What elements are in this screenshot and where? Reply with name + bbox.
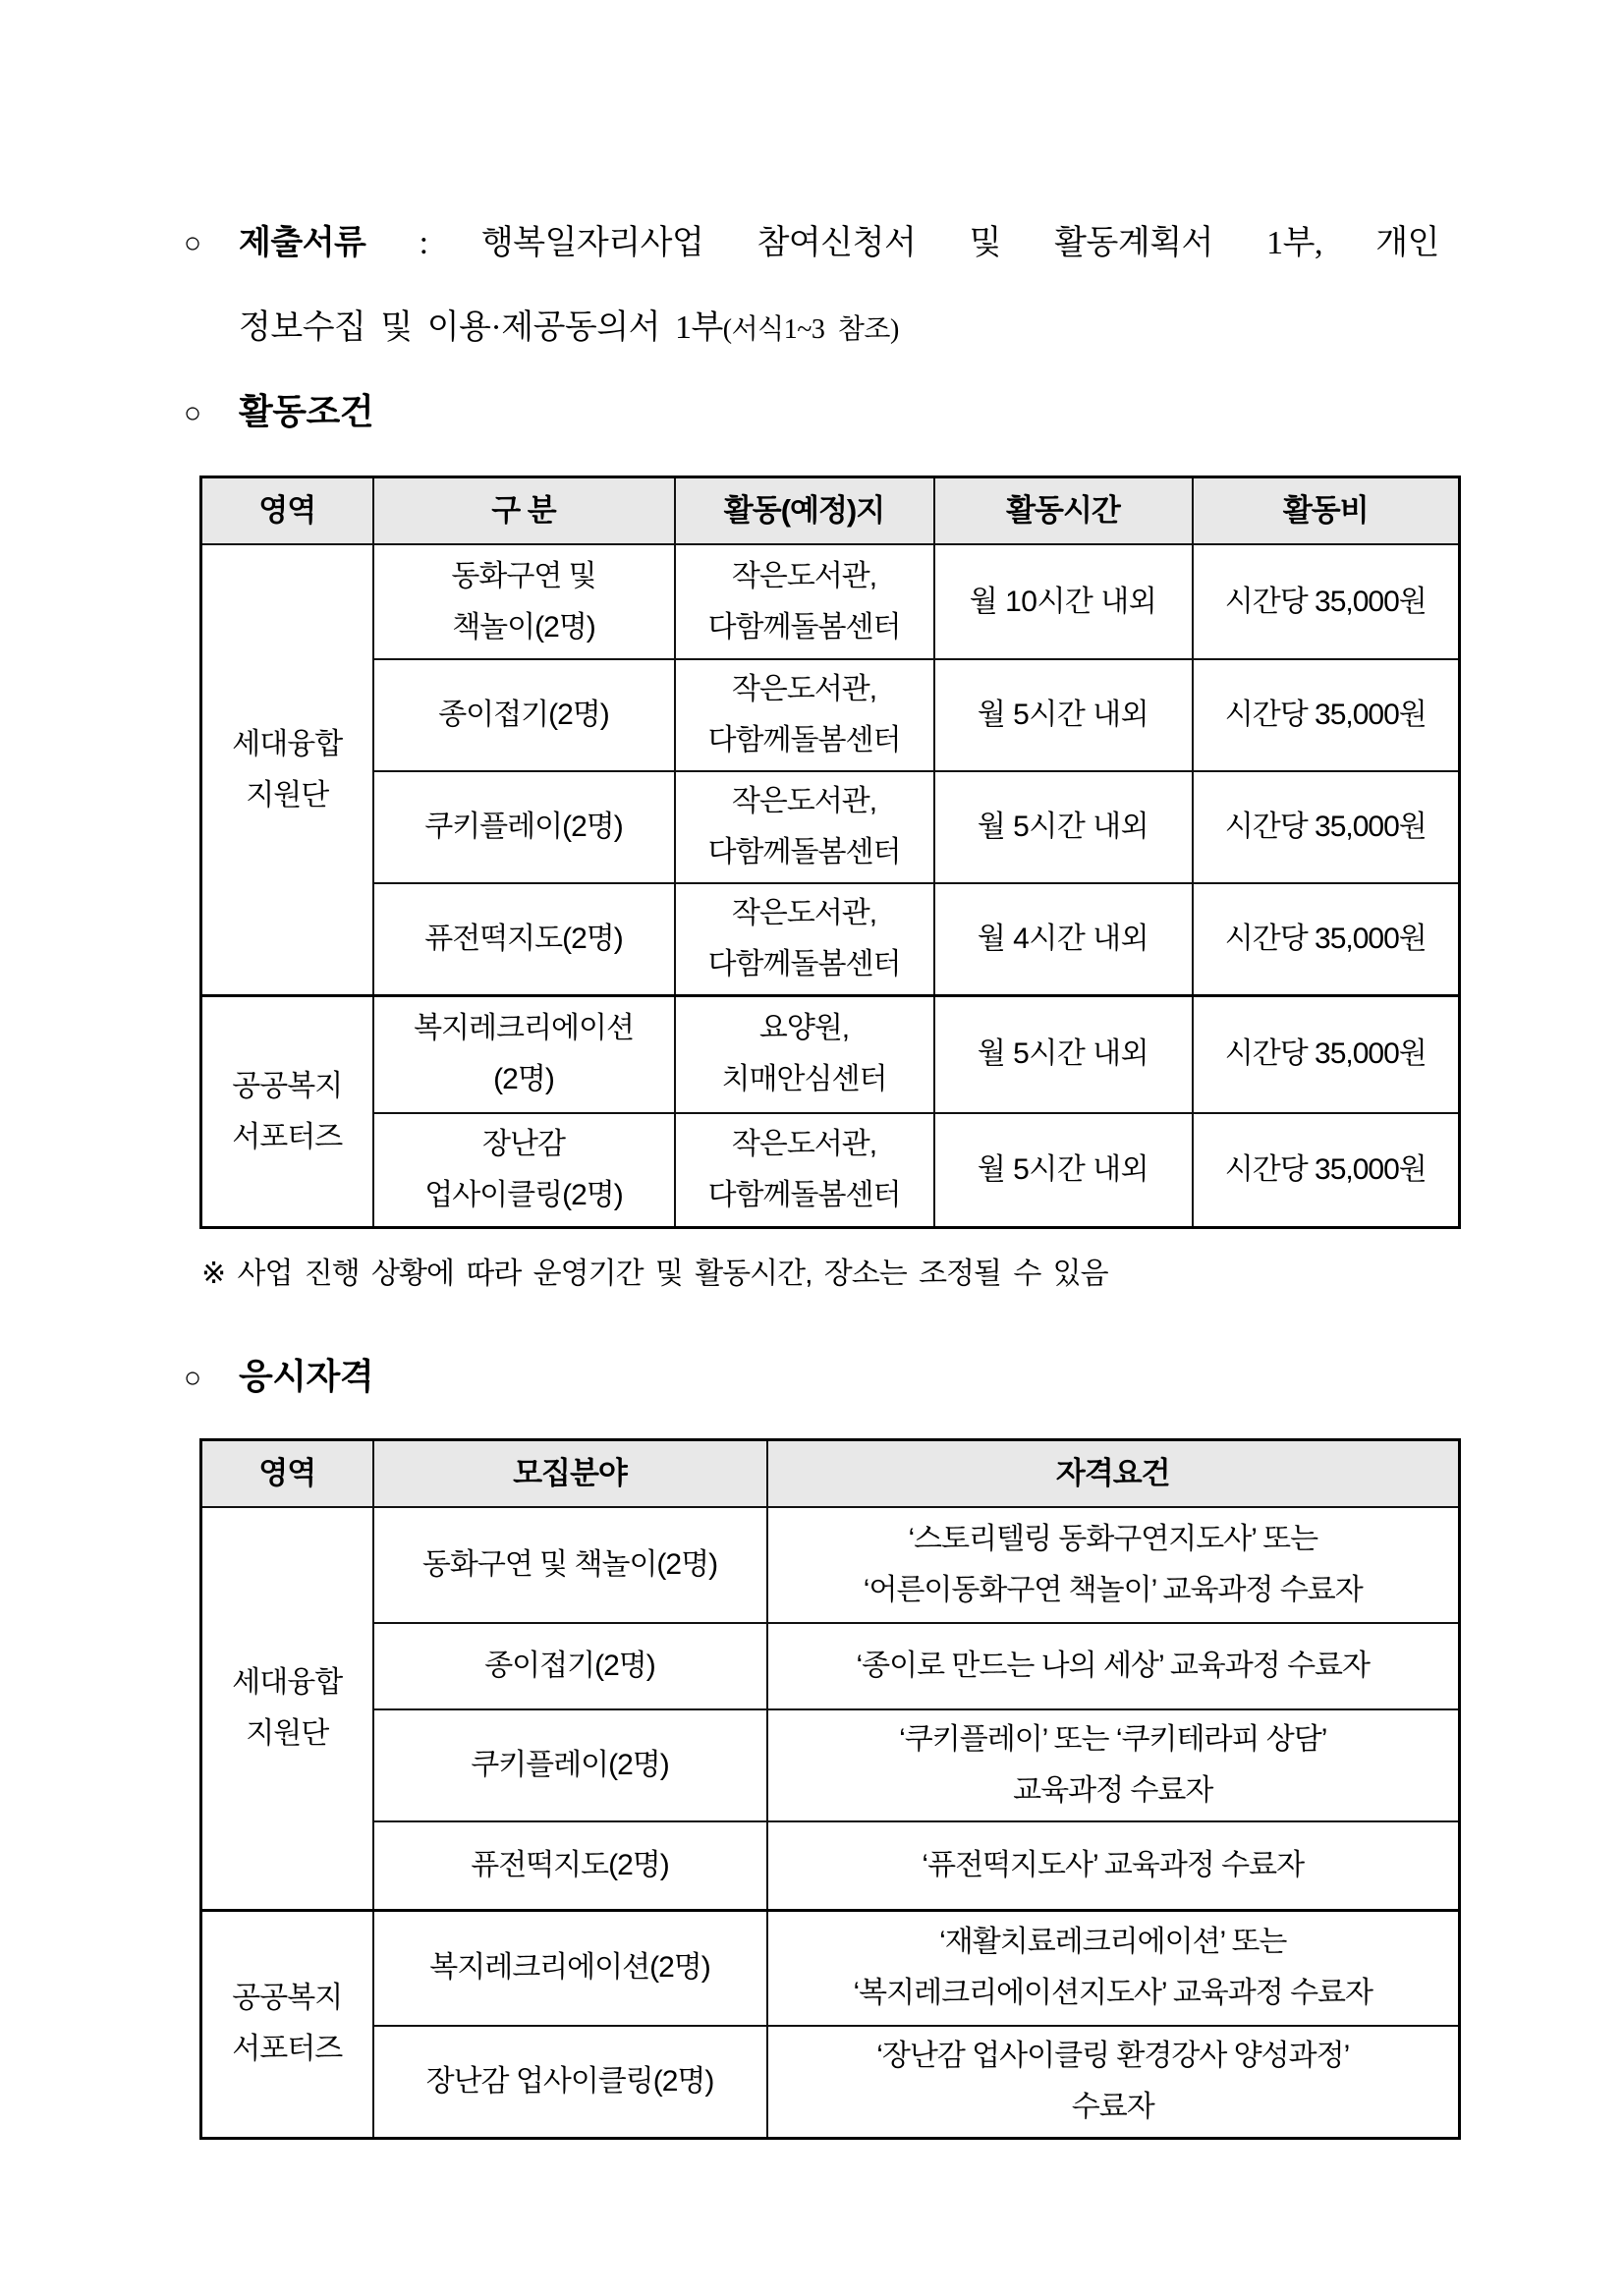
division-cell: 퓨전떡지도(2명) (373, 883, 675, 996)
field-cell: 퓨전떡지도(2명) (373, 1821, 767, 1910)
place-cell: 작은도서관, 다함께돌봄센터 (675, 883, 934, 996)
table-row: 장난감 업사이클링(2명) ‘장난감 업사이클링 환경강사 양성과정’ 수료자 (201, 2026, 1460, 2139)
time-cell: 월 10시간 내외 (934, 544, 1193, 659)
table-row: 퓨전떡지도(2명) ‘퓨전떡지도사’ 교육과정 수료자 (201, 1821, 1460, 1910)
heading-text: 응시자격 (239, 1357, 373, 1396)
submission-line-2: 정보수집 및 이용·제공동의서 1부(서식1~3 참조) (239, 286, 1439, 372)
table-row: 장난감 업사이클링(2명) 작은도서관, 다함께돌봄센터 월 5시간 내외 시간… (201, 1113, 1460, 1228)
circle-bullet-icon: ○ (184, 389, 201, 438)
table-row: 종이접기(2명) 작은도서관, 다함께돌봄센터 월 5시간 내외 시간당 35,… (201, 659, 1460, 771)
area-cell: 세대융합 지원단 (201, 1507, 373, 1910)
header-cell-pay: 활동비 (1193, 477, 1460, 545)
time-cell: 월 5시간 내외 (934, 659, 1193, 771)
requirement-cell: ‘장난감 업사이클링 환경강사 양성과정’ 수료자 (767, 2026, 1460, 2139)
heading-text: 활동조건 (239, 392, 373, 431)
pay-cell: 시간당 35,000원 (1193, 659, 1460, 771)
time-cell: 월 5시간 내외 (934, 771, 1193, 883)
table-row: 공공복지 서포터즈 복지레크리에이션(2명) ‘재활치료레크리에이션’ 또는 ‘… (201, 1910, 1460, 2026)
area-cell: 공공복지 서포터즈 (201, 996, 373, 1228)
pay-cell: 시간당 35,000원 (1193, 771, 1460, 883)
submission-paragraph: ○ 제출서류 : 행복일자리사업 참여신청서 및 활동계획서 1부, 개인 정보… (239, 201, 1439, 372)
place-cell: 요양원, 치매안심센터 (675, 996, 934, 1113)
requirement-cell: ‘쿠키플레이’ 또는 ‘쿠키테라피 상담’ 교육과정 수료자 (767, 1709, 1460, 1821)
requirement-cell: ‘스토리텔링 동화구연지도사’ 또는 ‘어른이동화구연 책놀이’ 교육과정 수료… (767, 1507, 1460, 1623)
pay-cell: 시간당 35,000원 (1193, 996, 1460, 1113)
division-cell: 복지레크리에이션 (2명) (373, 996, 675, 1113)
field-cell: 쿠키플레이(2명) (373, 1709, 767, 1821)
requirement-cell: ‘재활치료레크리에이션’ 또는 ‘복지레크리에이션지도사’ 교육과정 수료자 (767, 1910, 1460, 2026)
submission-colon: : (365, 225, 481, 261)
qualification-table: 영역 모집분야 자격요건 세대융합 지원단 동화구연 및 책놀이(2명) ‘스토… (199, 1438, 1461, 2140)
pay-cell: 시간당 35,000원 (1193, 1113, 1460, 1228)
field-cell: 복지레크리에이션(2명) (373, 1910, 767, 2026)
field-cell: 장난감 업사이클링(2명) (373, 2026, 767, 2139)
submission-label: 제출서류 (239, 225, 365, 261)
field-cell: 종이접기(2명) (373, 1623, 767, 1709)
header-cell-area: 영역 (201, 477, 373, 545)
header-cell-division: 구 분 (373, 477, 675, 545)
table-row: 쿠키플레이(2명) 작은도서관, 다함께돌봄센터 월 5시간 내외 시간당 35… (201, 771, 1460, 883)
activity-conditions-table: 영역 구 분 활동(예정)지 활동시간 활동비 세대융합 지원단 동화구연 및 … (199, 476, 1461, 1229)
table-row: 종이접기(2명) ‘종이로 만드는 나의 세상’ 교육과정 수료자 (201, 1623, 1460, 1709)
circle-bullet-icon: ○ (184, 1354, 201, 1403)
place-cell: 작은도서관, 다함께돌봄센터 (675, 659, 934, 771)
area-cell: 공공복지 서포터즈 (201, 1910, 373, 2139)
document-page: ○ 제출서류 : 행복일자리사업 참여신청서 및 활동계획서 1부, 개인 정보… (0, 0, 1624, 2295)
table-header-row: 영역 모집분야 자격요건 (201, 1440, 1460, 1508)
table-row: 쿠키플레이(2명) ‘쿠키플레이’ 또는 ‘쿠키테라피 상담’ 교육과정 수료자 (201, 1709, 1460, 1821)
division-cell: 쿠키플레이(2명) (373, 771, 675, 883)
pay-cell: 시간당 35,000원 (1193, 883, 1460, 996)
header-cell-place: 활동(예정)지 (675, 477, 934, 545)
division-cell: 종이접기(2명) (373, 659, 675, 771)
submission-text-2: 정보수집 및 이용·제공동의서 1부 (239, 309, 723, 346)
requirement-cell: ‘퓨전떡지도사’ 교육과정 수료자 (767, 1821, 1460, 1910)
submission-text-1: 행복일자리사업 참여신청서 및 활동계획서 1부, 개인 (481, 225, 1439, 261)
division-cell: 동화구연 및 책놀이(2명) (373, 544, 675, 659)
table-row: 공공복지 서포터즈 복지레크리에이션 (2명) 요양원, 치매안심센터 월 5시… (201, 996, 1460, 1113)
time-cell: 월 5시간 내외 (934, 996, 1193, 1113)
table-row: 퓨전떡지도(2명) 작은도서관, 다함께돌봄센터 월 4시간 내외 시간당 35… (201, 883, 1460, 996)
header-cell-field: 모집분야 (373, 1440, 767, 1508)
field-cell: 동화구연 및 책놀이(2명) (373, 1507, 767, 1623)
place-cell: 작은도서관, 다함께돌봄센터 (675, 771, 934, 883)
area-cell: 세대융합 지원단 (201, 544, 373, 996)
header-cell-area: 영역 (201, 1440, 373, 1508)
submission-form-reference: (서식1~3 참조) (723, 314, 899, 345)
adjustment-note: ※ 사업 진행 상황에 따라 운영기간 및 활동시간, 장소는 조정될 수 있음 (201, 1253, 1506, 1296)
time-cell: 월 4시간 내외 (934, 883, 1193, 996)
pay-cell: 시간당 35,000원 (1193, 544, 1460, 659)
table-row: 세대융합 지원단 동화구연 및 책놀이(2명) ‘스토리텔링 동화구연지도사’ … (201, 1507, 1460, 1623)
table-header-row: 영역 구 분 활동(예정)지 활동시간 활동비 (201, 477, 1460, 545)
header-cell-requirement: 자격요건 (767, 1440, 1460, 1508)
submission-line-1: 제출서류 : 행복일자리사업 참여신청서 및 활동계획서 1부, 개인 (239, 201, 1439, 286)
section-heading-qualification: ○ 응시자격 (239, 1352, 1439, 1401)
time-cell: 월 5시간 내외 (934, 1113, 1193, 1228)
requirement-cell: ‘종이로 만드는 나의 세상’ 교육과정 수료자 (767, 1623, 1460, 1709)
header-cell-time: 활동시간 (934, 477, 1193, 545)
place-cell: 작은도서관, 다함께돌봄센터 (675, 1113, 934, 1228)
section-heading-activity-conditions: ○ 활동조건 (239, 387, 1439, 436)
circle-bullet-icon: ○ (184, 201, 201, 286)
table-row: 세대융합 지원단 동화구연 및 책놀이(2명) 작은도서관, 다함께돌봄센터 월… (201, 544, 1460, 659)
division-cell: 장난감 업사이클링(2명) (373, 1113, 675, 1228)
place-cell: 작은도서관, 다함께돌봄센터 (675, 544, 934, 659)
